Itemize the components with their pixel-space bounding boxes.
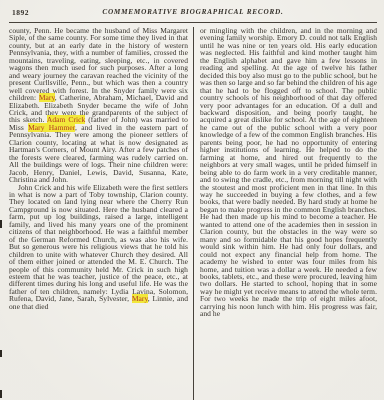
page-header: 1892 COMMEMORATIVE BIOGRAPHICAL RECORD.	[9, 7, 377, 19]
scan-artifact	[0, 220, 2, 228]
paragraph: or mingling with the children, and in th…	[200, 27, 377, 318]
scan-artifact	[0, 350, 2, 357]
text-columns: county, Penn. He became the husband of M…	[9, 27, 377, 400]
running-title: COMMEMORATIVE BIOGRAPHICAL RECORD.	[9, 8, 377, 16]
text-run: John Crick and his wife Elizabeth were t…	[9, 183, 188, 304]
paragraph: county, Penn. He became the husband of M…	[9, 27, 188, 184]
text-run: or mingling with the children, and in th…	[200, 27, 377, 318]
column-right: or mingling with the children, and in th…	[193, 27, 377, 400]
header-rule	[9, 22, 377, 23]
scan-artifact	[0, 390, 2, 398]
column-left: county, Penn. He became the husband of M…	[9, 27, 193, 400]
paragraph: John Crick and his wife Elizabeth were t…	[9, 184, 188, 311]
scanned-book-page: 1892 COMMEMORATIVE BIOGRAPHICAL RECORD. …	[0, 0, 384, 400]
text-run: , and lived in the eastern part of Penns…	[9, 123, 188, 184]
highlighted-name: Mary	[132, 294, 148, 303]
text-run: county, Penn. He became the husband of M…	[9, 27, 188, 102]
